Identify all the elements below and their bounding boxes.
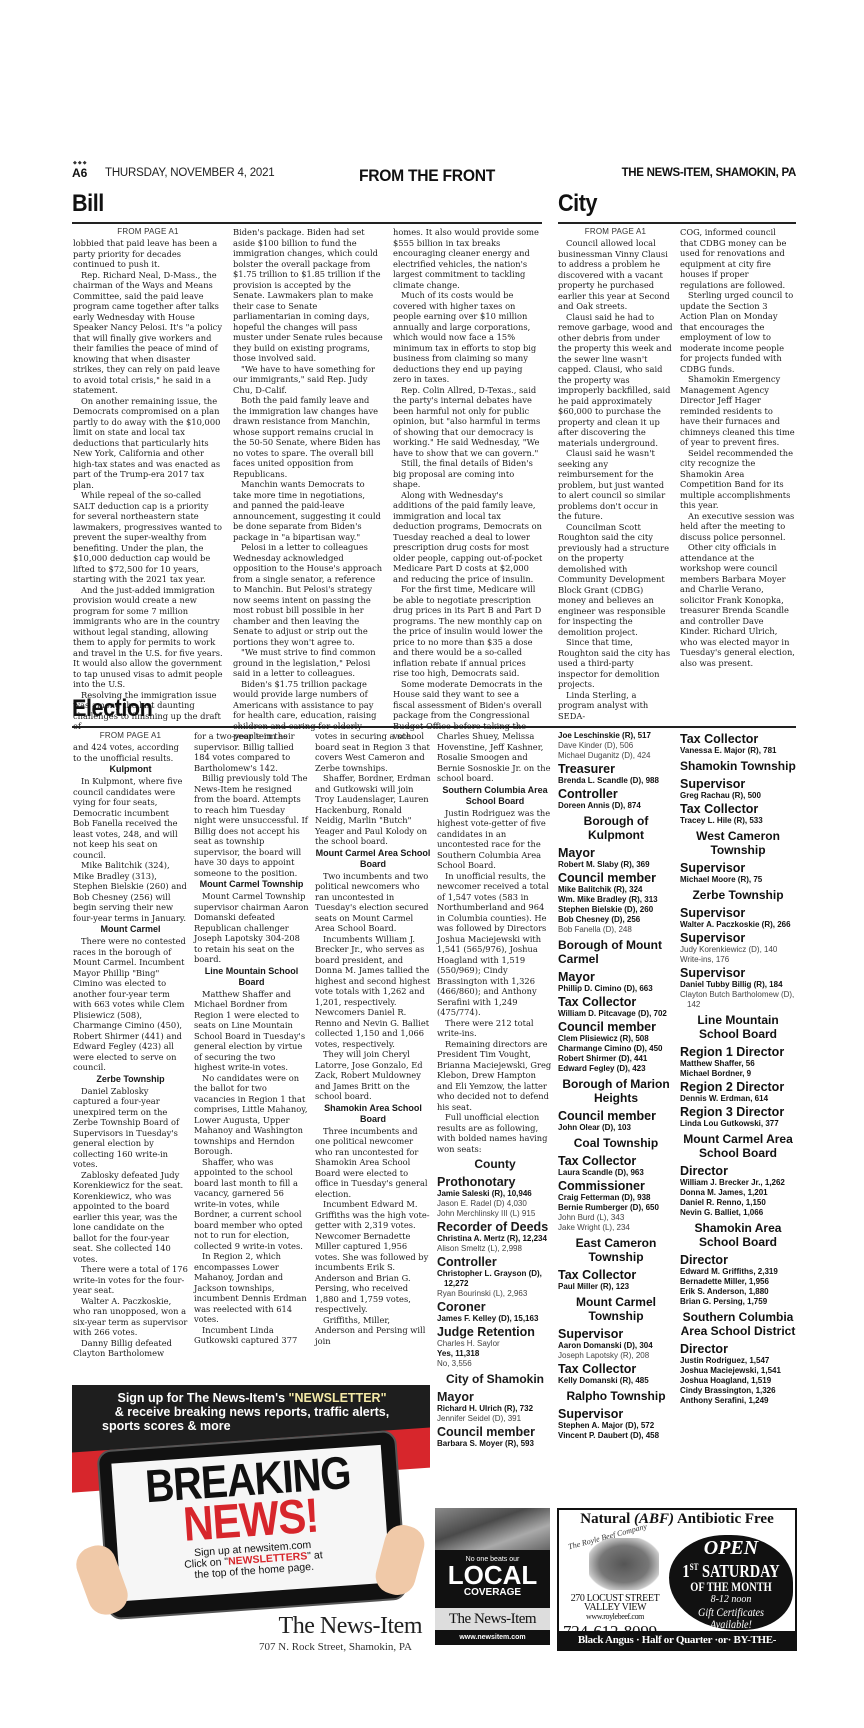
election-col-4: Charles Shuey, Melissa Hovenstine, Jeff … xyxy=(437,731,553,1449)
bill-col-2: Biden's package. Biden had set aside $10… xyxy=(233,227,383,742)
winning-candidate: Christina A. Mertz (R), 12,234 xyxy=(437,1234,553,1244)
paragraph: On another remaining issue, the Democrat… xyxy=(73,396,223,491)
election-col-3: votes in securing a school board seat in… xyxy=(315,731,431,1346)
paragraph: An executive session was held after the … xyxy=(680,511,795,543)
results-area-heading: Southern Columbia Area School District xyxy=(680,1310,796,1338)
local-line-2: LOCAL xyxy=(435,1563,550,1587)
paragraph: Incumbents William J. Brecker Jr., who s… xyxy=(315,934,431,1050)
results-area-heading: Mount Carmel Area School Board xyxy=(680,1132,796,1160)
candidate: Bob Fanella (D), 248 xyxy=(558,925,674,935)
paragraph: Since that time, Roughton said the city … xyxy=(558,637,673,690)
subhead: Mount Carmel xyxy=(73,924,188,935)
results-office-heading: Mayor xyxy=(558,970,674,984)
winning-candidate: Greg Rachau (R), 500 xyxy=(680,791,796,801)
from-page-label: FROM PAGE A1 xyxy=(558,227,673,236)
results-area-heading: Shamokin Township xyxy=(680,759,796,773)
results-office-heading: Director xyxy=(680,1342,796,1356)
paper-name: THE NEWS-ITEM, SHAMOKIN, PA xyxy=(622,167,796,179)
paragraph: "We have to have something for our immig… xyxy=(233,364,383,396)
bill-headline: Bill xyxy=(72,190,104,218)
paragraph: And the just-added immigration provision… xyxy=(73,585,223,690)
winning-candidate: Walter A. Paczkoskie (R), 266 xyxy=(680,920,796,930)
results-office-heading: Judge Retention xyxy=(437,1325,553,1339)
gift-line-2: Available! xyxy=(678,1618,783,1630)
winning-candidate: Wm. Mike Bradley (R), 313 xyxy=(558,895,674,905)
results-office-heading: Controller xyxy=(558,787,674,801)
beef-url[interactable]: www.roylebeef.com xyxy=(565,1612,665,1621)
paragraph: Matthew Shaffer and Michael Bordner from… xyxy=(194,989,309,1073)
results-office-heading: Coroner xyxy=(437,1300,553,1314)
news-item-logo: The News-Item xyxy=(435,1608,550,1630)
results-office-heading: Director xyxy=(680,1253,796,1267)
paragraph: Billig previously told The News-Item he … xyxy=(194,773,309,878)
paragraph: Both the paid family leave and the immig… xyxy=(233,395,383,479)
candidate: Dave Kinder (D), 506 xyxy=(558,741,674,751)
paragraph: Two incumbents and two political newcome… xyxy=(315,871,431,934)
results-area-heading: Mount Carmel Township xyxy=(558,1295,674,1323)
results-office-heading: Mayor xyxy=(437,1390,553,1404)
paragraph: Griffiths, Miller, Anderson and Persing … xyxy=(315,1315,431,1347)
paragraph: In Kulpmont, where five council candidat… xyxy=(73,776,188,860)
winning-candidate: Michael Moore (R), 75 xyxy=(680,875,796,885)
paragraph: There were a total of 176 write-in votes… xyxy=(73,1264,188,1296)
winning-candidate: Vincent P. Daubert (D), 458 xyxy=(558,1431,674,1441)
from-page-label: FROM PAGE A1 xyxy=(73,227,223,236)
results-office-heading: Treasurer xyxy=(558,762,674,776)
open-label: OPEN xyxy=(669,1538,793,1558)
results-office-heading: Tax Collector xyxy=(680,732,796,746)
winning-candidate: Tracey L. Hile (R), 533 xyxy=(680,816,796,826)
results-area-heading: Coal Township xyxy=(558,1136,674,1150)
candidate: Alison Smeltz (L), 2,998 xyxy=(437,1244,553,1254)
winning-candidate: Robert M. Slaby (R), 369 xyxy=(558,860,674,870)
election-col-1: FROM PAGE A1 and 424 votes, according to… xyxy=(73,731,188,1359)
subhead: Zerbe Township xyxy=(73,1074,188,1085)
subhead: Mount Carmel Area School Board xyxy=(315,848,431,870)
results-office-heading: Director xyxy=(680,1164,796,1178)
winning-candidate: Bernie Rumberger (D), 650 xyxy=(558,1203,674,1213)
results-area-heading: Borough of Mount Carmel xyxy=(558,938,674,966)
winning-candidate: William J. Brecker Jr., 1,262 xyxy=(680,1178,796,1188)
winning-candidate: Anthony Serafini, 1,249 xyxy=(680,1396,796,1406)
paragraph: "We must strive to find common ground in… xyxy=(233,647,383,679)
results-area-heading: Borough of Kulpmont xyxy=(558,814,674,842)
beef-address: 270 LOCUST STREET VALLEY VIEW www.royleb… xyxy=(565,1594,665,1621)
results-office-heading: Mayor xyxy=(558,846,674,860)
winning-candidate: Edward Fegley (D), 423 xyxy=(558,1064,674,1074)
subhead: Line Mountain School Board xyxy=(194,966,309,988)
city-rule xyxy=(558,222,796,224)
candidate: Jake Wright (L), 234 xyxy=(558,1223,674,1233)
results-office-heading: Council member xyxy=(558,1020,674,1034)
paragraph: Council allowed local businessman Vinny … xyxy=(558,238,673,312)
candidate: Charles H. Saylor xyxy=(437,1339,553,1349)
promo-line-2: & receive breaking news reports, traffic… xyxy=(82,1405,422,1419)
winning-candidate: Brian G. Persing, 1,759 xyxy=(680,1297,796,1307)
month-label: OF THE MONTH xyxy=(681,1580,780,1594)
winning-candidate: Stephen A. Major (D), 572 xyxy=(558,1421,674,1431)
results-area-heading: West Cameron Township xyxy=(680,829,796,857)
city-headline: City xyxy=(558,190,597,218)
beef-headline-pre: Natural xyxy=(580,1511,634,1527)
paragraph: There were 212 total write-ins. xyxy=(437,1018,553,1039)
winning-candidate: Justin Rodriguez, 1,547 xyxy=(680,1356,796,1366)
paragraph: Clausi said he wasn't seeking any reimbu… xyxy=(558,448,673,522)
paragraph: COG, informed council that CDBG money ca… xyxy=(680,227,795,290)
subhead: Kulpmont xyxy=(73,764,188,775)
section-title: FROM THE FRONT xyxy=(359,166,495,186)
winning-candidate: Nevin G. Balliet, 1,066 xyxy=(680,1208,796,1218)
winning-candidate: Barbara S. Moyer (R), 593 xyxy=(437,1439,553,1449)
paragraph: Pelosi in a letter to colleagues Wednesd… xyxy=(233,542,383,647)
winning-candidate: Michael Bordner, 9 xyxy=(680,1069,796,1079)
results-office-heading: Supervisor xyxy=(680,861,796,875)
winning-candidate: Aaron Domanski (D), 304 xyxy=(558,1341,674,1351)
issue-date: THURSDAY, NOVEMBER 4, 2021 xyxy=(105,167,275,179)
candidate: Ryan Bourinski (L), 2,963 xyxy=(437,1289,553,1299)
paragraph: There were no contested races in the bor… xyxy=(73,936,188,1073)
winning-candidate: Jamie Saleski (R), 10,946 xyxy=(437,1189,553,1199)
subhead: Mount Carmel Township xyxy=(194,879,309,890)
paragraph: Mike Balitchik (324), Mike Bradley (313)… xyxy=(73,860,188,923)
results-office-heading: Supervisor xyxy=(680,777,796,791)
paragraph: Clausi said he had to remove garbage, wo… xyxy=(558,312,673,449)
winning-candidate: Christopher L. Grayson (D), 12,272 xyxy=(437,1269,553,1289)
promo-line-1: Sign up for The News-Item's xyxy=(117,1391,288,1405)
winning-candidate: Edward M. Griffiths, 2,319 xyxy=(680,1267,796,1277)
election-headline: Election xyxy=(72,695,152,723)
paragraph: Three incumbents and one political newco… xyxy=(315,1126,431,1200)
paragraph: homes. It also would provide some $555 b… xyxy=(393,227,543,290)
paragraph: No candidates were on the ballot for two… xyxy=(194,1073,309,1157)
city-col-2: COG, informed council that CDBG money ca… xyxy=(680,227,795,668)
results-office-heading: Supervisor xyxy=(558,1327,674,1341)
paragraph: Shamokin Emergency Management Agency Dir… xyxy=(680,374,795,448)
paragraph: Rep. Colin Allred, D-Texas., said the pa… xyxy=(393,385,543,459)
results-office-heading: Tax Collector xyxy=(558,1154,674,1168)
paragraph: Charles Shuey, Melissa Hovenstine, Jeff … xyxy=(437,731,553,784)
election-col-2: for a two-year term as supervisor. Billi… xyxy=(194,731,309,1346)
bill-col-1: FROM PAGE A1 lobbied that paid leave has… xyxy=(73,227,223,732)
results-area-heading: Ralpho Township xyxy=(558,1389,674,1403)
results-office-heading: Commissioner xyxy=(558,1179,674,1193)
beef-headline: Natural (ABF) Antibiotic Free xyxy=(559,1511,795,1528)
winning-candidate: Charmange Cimino (D), 450 xyxy=(558,1044,674,1054)
paragraph: Remaining directors are President Tim Vo… xyxy=(437,1039,553,1113)
beef-headline-post: Antibiotic Free xyxy=(674,1511,774,1527)
paragraph: for a two-year term as supervisor. Billi… xyxy=(194,731,309,773)
tablet-graphic: BREAKING NEWS! Sign up at newsitem.com C… xyxy=(96,1430,407,1621)
local-coverage-ad[interactable]: No one beats our LOCAL COVERAGE The News… xyxy=(435,1508,550,1645)
paragraph: Mount Carmel Township supervisor chairma… xyxy=(194,891,309,965)
paragraph: Other city officials in attendance at th… xyxy=(680,542,795,668)
results-office-heading: Supervisor xyxy=(680,966,796,980)
winning-candidate: Cindy Brassington, 1,326 xyxy=(680,1386,796,1396)
results-office-heading: Council member xyxy=(558,871,674,885)
candidate: No, 3,556 xyxy=(437,1359,553,1369)
winning-candidate: William D. Pitcavage (D), 702 xyxy=(558,1009,674,1019)
winning-candidate: Paul Miller (R), 123 xyxy=(558,1282,674,1292)
winning-candidate: Phillip D. Cimino (D), 663 xyxy=(558,984,674,994)
winning-candidate: Robert Shirmer (D), 441 xyxy=(558,1054,674,1064)
candidate: Clayton Butch Bartholomew (D), 142 xyxy=(680,990,796,1010)
results-office-heading: Tax Collector xyxy=(558,995,674,1009)
ad-promo-text: Sign up for The News-Item's "NEWSLETTER"… xyxy=(82,1391,422,1433)
page-folio: ◆◆◆ A6 THURSDAY, NOVEMBER 4, 2021 FROM T… xyxy=(72,162,796,186)
results-area-heading: East Cameron Township xyxy=(558,1236,674,1264)
winning-candidate: Yes, 11,318 xyxy=(437,1349,553,1359)
paragraph: Shaffer, Bordner, Erdman and Gutkowski w… xyxy=(315,773,431,847)
candidate: John Merchlinsky III (L) 915 xyxy=(437,1209,553,1219)
winning-candidate: Richard H. Ulrich (R), 732 xyxy=(437,1404,553,1414)
results-area-heading: City of Shamokin xyxy=(437,1372,553,1386)
city-col-1: FROM PAGE A1 Council allowed local busin… xyxy=(558,227,673,721)
sat-sup: ST xyxy=(690,1562,699,1572)
results-office-heading: Prothonotary xyxy=(437,1175,553,1189)
results-office-heading: Recorder of Deeds xyxy=(437,1220,553,1234)
results-area-heading: Zerbe Township xyxy=(680,888,796,902)
winning-candidate: John Olear (D), 103 xyxy=(558,1123,674,1133)
paragraph: Seidel recommended the city recognize th… xyxy=(680,448,795,511)
results-county-city: CountyProthonotaryJamie Saleski (R), 10,… xyxy=(437,1157,553,1449)
paragraph: lobbied that paid leave has been a party… xyxy=(73,238,223,270)
election-rule xyxy=(72,726,796,728)
results-office-heading: Region 3 Director xyxy=(680,1105,796,1119)
cow-head-icon xyxy=(589,1538,659,1590)
results-col-6: Tax CollectorVanessa E. Major (R), 781Sh… xyxy=(680,731,796,1406)
results-area-heading: Line Mountain School Board xyxy=(680,1013,796,1041)
news-item-logo: The News-Item xyxy=(279,1613,422,1640)
candidate: John Burd (L), 343 xyxy=(558,1213,674,1223)
winning-candidate: Brenda L. Scandle (D), 988 xyxy=(558,776,674,786)
paragraph: Biden's package. Biden had set aside $10… xyxy=(233,227,383,364)
paragraph: Full unofficial election results are as … xyxy=(437,1112,553,1154)
results-office-heading: Tax Collector xyxy=(558,1268,674,1282)
paragraph: Much of its costs would be covered with … xyxy=(393,290,543,385)
paragraph: Incumbent Linda Gutkowski captured 377 xyxy=(194,1325,309,1346)
results-office-heading: Controller xyxy=(437,1255,553,1269)
paragraph: Linda Sterling, a program analyst with S… xyxy=(558,690,673,722)
winning-candidate: Bernadette Miller, 1,956 xyxy=(680,1277,796,1287)
winning-candidate: Daniel Tubby Billig (R), 184 xyxy=(680,980,796,990)
results-office-heading: Supervisor xyxy=(680,906,796,920)
paragraph: Shaffer, who was appointed to the school… xyxy=(194,1157,309,1252)
from-page-label: FROM PAGE A1 xyxy=(73,731,188,740)
promo-highlight: "NEWSLETTER" xyxy=(289,1391,387,1405)
results-office-heading: Tax Collector xyxy=(558,1362,674,1376)
winning-candidate: Bob Chesney (D), 256 xyxy=(558,915,674,925)
newspaper-stack-photo xyxy=(435,1508,550,1550)
results-area-heading: County xyxy=(437,1157,553,1171)
beef-tagline: Black Angus · Half or Quarter ·or· BY-TH… xyxy=(559,1631,795,1649)
bill-col-3: homes. It also would provide some $555 b… xyxy=(393,227,543,742)
results-office-heading: Council member xyxy=(437,1425,553,1439)
paragraph: Zablosky defeated Judy Korenkiewicz for … xyxy=(73,1170,188,1265)
beef-hours: OPEN 1ST SATURDAY OF THE MONTH 8-12 noon… xyxy=(669,1538,793,1630)
winning-candidate: Matthew Shaffer, 56 xyxy=(680,1059,796,1069)
winning-candidate: Joshua Maciejewski, 1,541 xyxy=(680,1366,796,1376)
results-office-heading: Region 1 Director xyxy=(680,1045,796,1059)
paragraph: Along with Wednesday's additions of the … xyxy=(393,490,543,585)
winning-candidate: Stephen Bielskie (D), 260 xyxy=(558,905,674,915)
paragraph: Still, the final details of Biden's big … xyxy=(393,458,543,490)
winning-candidate: Mike Balitchik (R), 324 xyxy=(558,885,674,895)
winning-candidate: Dennis W. Erdman, 614 xyxy=(680,1094,796,1104)
candidate: Jennifer Seidel (D), 391 xyxy=(437,1414,553,1424)
saturday-label: 1ST SATURDAY xyxy=(681,1558,780,1580)
results-col-5: Joe Leschinskie (R), 517Dave Kinder (D),… xyxy=(558,731,674,1441)
paragraph: Rep. Richard Neal, D-Mass., the chairman… xyxy=(73,270,223,396)
paragraph: Manchin wants Democrats to take more tim… xyxy=(233,479,383,542)
results-office-heading: Supervisor xyxy=(680,931,796,945)
winning-candidate: Joshua Hoagland, 1,519 xyxy=(680,1376,796,1386)
winning-candidate: Clem Plisiewicz (R), 508 xyxy=(558,1034,674,1044)
news-item-url[interactable]: www.newsitem.com xyxy=(435,1630,550,1645)
paragraph: Danny Billig defeated Clayton Bartholome… xyxy=(73,1338,188,1359)
candidate: Jason E. Radel (D) 4,030 xyxy=(437,1199,553,1209)
candidate: Write-ins, 176 xyxy=(680,955,796,965)
paragraph: While repeal of the so-called SALT deduc… xyxy=(73,490,223,585)
winning-candidate: Linda Lou Gutkowski, 377 xyxy=(680,1119,796,1129)
results-area-heading: Shamokin Area School Board xyxy=(680,1221,796,1249)
sat-text: SATURDAY xyxy=(698,1561,779,1581)
paragraph: Walter A. Paczkoskie, who ran unopposed,… xyxy=(73,1296,188,1338)
results-office-heading: Region 2 Director xyxy=(680,1080,796,1094)
winning-candidate: Laura Scandle (D), 963 xyxy=(558,1168,674,1178)
paragraph: For the first time, Medicare will be abl… xyxy=(393,584,543,679)
winning-candidate: Daniel R. Renno, 1,150 xyxy=(680,1198,796,1208)
newsletter-ad[interactable]: Sign up for The News-Item's "NEWSLETTER"… xyxy=(72,1385,430,1660)
candidate: Joseph Lapotsky (R), 208 xyxy=(558,1351,674,1361)
paragraph: and 424 votes, according to the unoffici… xyxy=(73,742,188,763)
paragraph: Incumbent Edward M. Griffiths was the hi… xyxy=(315,1199,431,1315)
results-office-heading: Tax Collector xyxy=(680,802,796,816)
page-number: A6 xyxy=(72,166,87,180)
paragraph: Justin Rodriguez was the highest vote-ge… xyxy=(437,808,553,871)
royle-beef-ad[interactable]: Natural (ABF) Antibiotic Free The Royle … xyxy=(557,1508,797,1651)
winning-candidate: Vanessa E. Major (R), 781 xyxy=(680,746,796,756)
winning-candidate: Craig Fetterman (D), 938 xyxy=(558,1193,674,1203)
beef-town: VALLEY VIEW xyxy=(565,1603,665,1612)
bill-rule xyxy=(72,222,542,224)
paragraph: In Region 2, which encompasses Lower Mah… xyxy=(194,1251,309,1325)
paragraph: They will join Cheryl Latorre, Jose Gonz… xyxy=(315,1049,431,1102)
winning-candidate: Donna M. James, 1,201 xyxy=(680,1188,796,1198)
news-item-address: 707 N. Rock Street, Shamokin, PA xyxy=(259,1641,412,1653)
winning-candidate: Erik S. Anderson, 1,880 xyxy=(680,1287,796,1297)
tablet-screen: BREAKING NEWS! Sign up at newsitem.com C… xyxy=(111,1445,390,1601)
ad-text-band: No one beats our LOCAL COVERAGE xyxy=(435,1550,550,1608)
paragraph: Councilman Scott Roughton said the city … xyxy=(558,522,673,638)
results-area-heading: Borough of Marion Heights xyxy=(558,1077,674,1105)
winning-candidate: Doreen Annis (D), 874 xyxy=(558,801,674,811)
paragraph: votes in securing a school board seat in… xyxy=(315,731,431,773)
paragraph: Daniel Zablosky captured a four-year une… xyxy=(73,1086,188,1170)
results-office-heading: Council member xyxy=(558,1109,674,1123)
paragraph: In unofficial results, the newcomer rece… xyxy=(437,871,553,1018)
candidate: Judy Korenkiewicz (D), 140 xyxy=(680,945,796,955)
subhead: Shamokin Area School Board xyxy=(315,1103,431,1125)
subhead: Southern Columbia Area School Board xyxy=(437,785,553,807)
winning-candidate: Kelly Domanski (R), 485 xyxy=(558,1376,674,1386)
candidate: Michael Duganitz (D), 424 xyxy=(558,751,674,761)
winning-candidate: James F. Kelley (D), 15,163 xyxy=(437,1314,553,1324)
results-office-heading: Supervisor xyxy=(558,1407,674,1421)
paragraph: Sterling urged council to update the Sec… xyxy=(680,290,795,374)
winning-candidate: Joe Leschinskie (R), 517 xyxy=(558,731,674,741)
